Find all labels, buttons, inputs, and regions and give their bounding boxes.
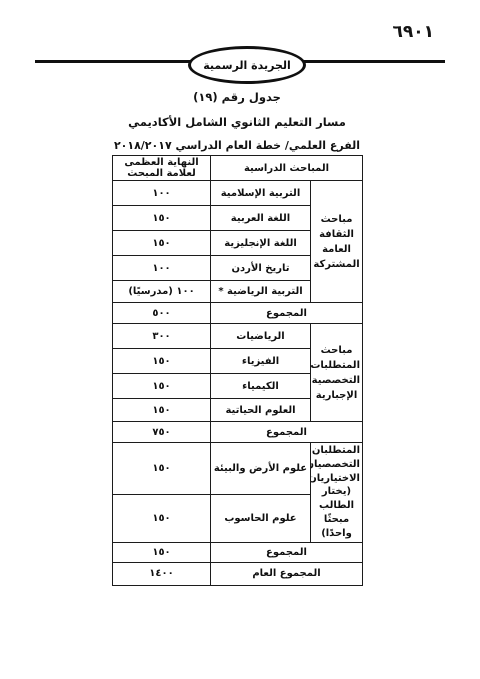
subject-cell: علوم الأرض والبيئة (211, 443, 311, 495)
total-row: المجموع ٥٠٠ (113, 303, 363, 324)
group-label-common-culture: مباحث الثقافة العامة المشتركة (311, 181, 363, 303)
table-header-row: المباحث الدراسية النهاية العظمى لعلامة ا… (113, 156, 363, 181)
table-row: المتطلبان التخصصيان الاختياريان (يختار ا… (113, 443, 363, 495)
mark-cell: ١٠٠ (113, 181, 211, 206)
group-label-elective-specialization: المتطلبان التخصصيان الاختياريان (يختار ا… (311, 443, 363, 543)
mark-cell: ١٥٠ (113, 206, 211, 231)
total-value: ٥٠٠ (113, 303, 211, 324)
subject-cell: التربية الرياضية * (211, 281, 311, 303)
page-number: ٦٩٠١ (392, 22, 434, 42)
total-label: المجموع (211, 303, 363, 324)
subject-cell: اللغة العربية (211, 206, 311, 231)
grand-total-row: المجموع العام ١٤٠٠ (113, 562, 363, 585)
total-label: المجموع (211, 542, 363, 562)
subject-cell: العلوم الحياتية (211, 399, 311, 422)
curriculum-table: المباحث الدراسية النهاية العظمى لعلامة ا… (112, 155, 363, 586)
total-row: المجموع ١٥٠ (113, 542, 363, 562)
mark-cell: ١٥٠ (113, 399, 211, 422)
header-subjects: المباحث الدراسية (211, 156, 363, 181)
subject-cell: الرياضيات (211, 324, 311, 349)
subject-cell: الكيمياء (211, 374, 311, 399)
mark-cell: ١٠٠ (113, 256, 211, 281)
grand-total-label: المجموع العام (211, 562, 363, 585)
header-max-mark: النهاية العظمى لعلامة المبحث (113, 156, 211, 181)
subject-cell: اللغة الإنجليزية (211, 231, 311, 256)
mark-cell: ١٥٠ (113, 443, 211, 495)
branch-plan-title: الفرع العلمي/ خطة العام الدراسي ٢٠١٨/٢٠١… (102, 139, 372, 152)
table-row: مباحث المتطلبات التخصصية الإجبارية الريا… (113, 324, 363, 349)
gazette-page: { "page": { "number": "٦٩٠١" }, "masthea… (0, 0, 480, 679)
mark-cell: ١٥٠ (113, 494, 211, 542)
title-block: جدول رقم (١٩) مسار التعليم الثانوي الشام… (102, 90, 372, 152)
mark-cell: ١٥٠ (113, 231, 211, 256)
total-value: ٧٥٠ (113, 422, 211, 443)
track-title: مسار التعليم الثانوي الشامل الأكاديمي (102, 115, 372, 129)
subject-cell: التربية الإسلامية (211, 181, 311, 206)
subject-cell: الفيزياء (211, 349, 311, 374)
mark-cell: ١٥٠ (113, 374, 211, 399)
total-value: ١٥٠ (113, 542, 211, 562)
mark-cell: ١٥٠ (113, 349, 211, 374)
total-label: المجموع (211, 422, 363, 443)
group-label-compulsory-specialization: مباحث المتطلبات التخصصية الإجبارية (311, 324, 363, 422)
gazette-seal-ellipse: الجريدة الرسمية (188, 46, 306, 84)
mark-cell: ٣٠٠ (113, 324, 211, 349)
gazette-name: الجريدة الرسمية (203, 59, 291, 72)
grand-total-value: ١٤٠٠ (113, 562, 211, 585)
subject-cell: علوم الحاسوب (211, 494, 311, 542)
mark-cell: ١٠٠ (مدرسيًا) (113, 281, 211, 303)
total-row: المجموع ٧٥٠ (113, 422, 363, 443)
table-row: مباحث الثقافة العامة المشتركة التربية ال… (113, 181, 363, 206)
subject-cell: تاريخ الأردن (211, 256, 311, 281)
table-number-title: جدول رقم (١٩) (102, 90, 372, 104)
